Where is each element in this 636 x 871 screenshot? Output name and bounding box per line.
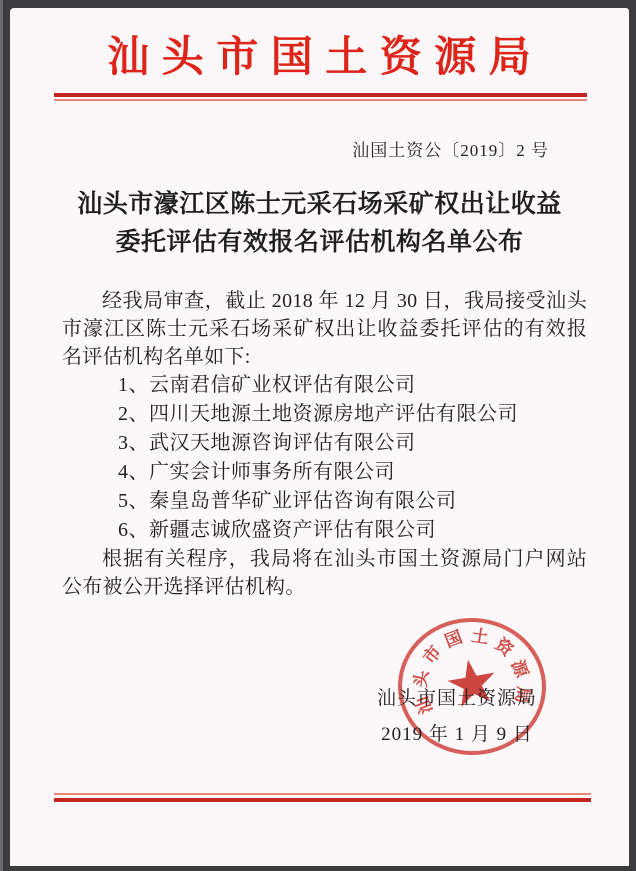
intro-paragraph: 经我局审查，截止 2018 年 12 月 30 日，我局接受汕头市濠江区陈士元采… <box>62 287 587 371</box>
company-list: 1、云南君信矿业权评估有限公司 2、四川天地源土地资源房地产评估有限公司 3、武… <box>118 371 587 545</box>
list-item: 6、新疆志诚欣盛资产评估有限公司 <box>118 516 587 545</box>
divider-thin-line <box>54 793 591 795</box>
scan-edge-shadow <box>0 0 3 871</box>
closing-paragraph: 根据有关程序，我局将在汕头市国土资源局门户网站公布被公开选择评估机构。 <box>62 545 587 601</box>
letterhead-agency-title: 汕 头 市 国 土 资 源 局 <box>10 32 629 84</box>
document-title: 汕头市濠江区陈士元采石场采矿权出让收益 委托评估有效报名评估机构名单公布 <box>10 186 629 262</box>
document-title-line1: 汕头市濠江区陈士元采石场采矿权出让收益 <box>10 186 629 224</box>
document-title-line2: 委托评估有效报名评估机构名单公布 <box>10 224 629 262</box>
seal-arc-char: 源 <box>507 655 536 680</box>
list-item: 2、四川天地源土地资源房地产评估有限公司 <box>118 400 587 429</box>
document-page: 汕 头 市 国 土 资 源 局 汕国土资公〔2019〕2 号 汕头市濠江区陈士元… <box>10 8 629 866</box>
signature-date: 2019 年 1 月 9 日 <box>377 717 537 753</box>
list-item: 4、广实会计师事务所有限公司 <box>118 458 587 487</box>
signature-block: 汕头市国土资源局 2019 年 1 月 9 日 <box>377 681 537 753</box>
list-item: 3、武汉天地源咨询评估有限公司 <box>118 429 587 458</box>
document-body: 经我局审查，截止 2018 年 12 月 30 日，我局接受汕头市濠江区陈士元采… <box>62 287 587 601</box>
signature-agency: 汕头市国土资源局 <box>377 681 537 717</box>
list-item: 5、秦皇岛普华矿业评估咨询有限公司 <box>118 487 587 516</box>
divider-thick-line <box>54 798 591 802</box>
document-number: 汕国土资公〔2019〕2 号 <box>10 136 629 161</box>
footer-divider <box>54 793 591 802</box>
list-item: 1、云南君信矿业权评估有限公司 <box>118 371 587 400</box>
divider-thin-line <box>54 99 587 101</box>
letterhead-divider <box>54 93 587 101</box>
